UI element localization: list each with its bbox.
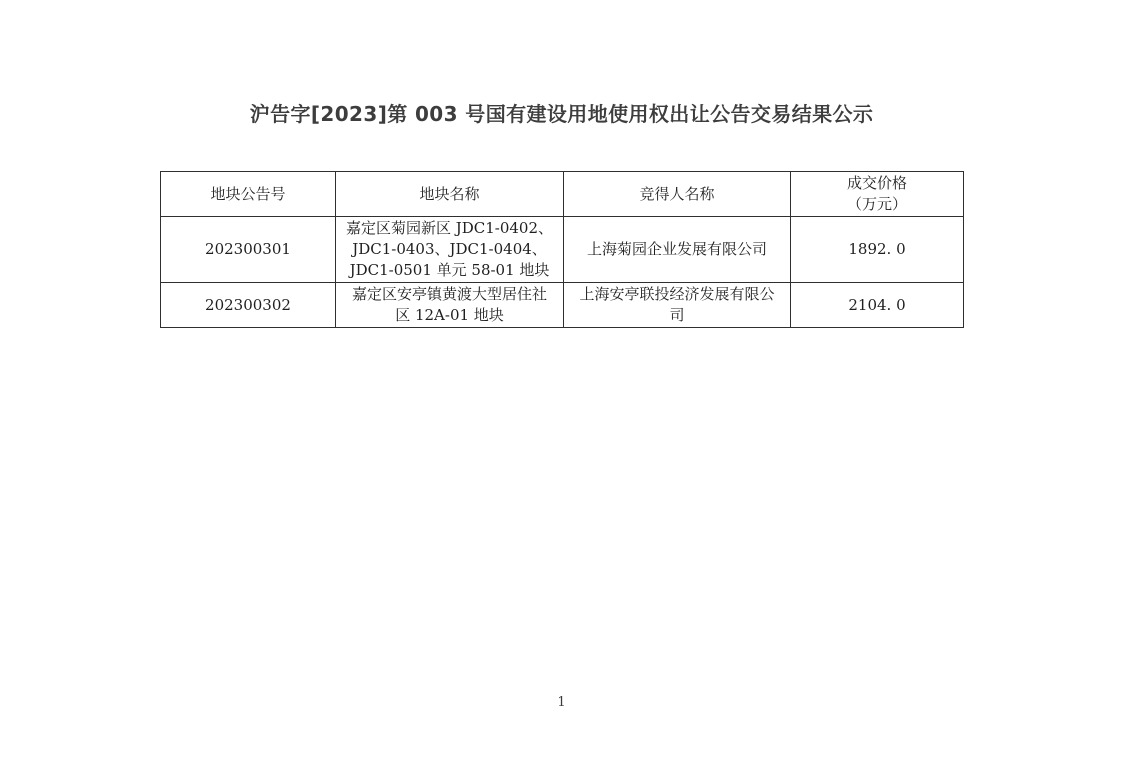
header-price: 成交价格 （万元） [791,172,964,217]
cell-winner-name: 上海菊园企业发展有限公司 [564,217,791,283]
cell-winner-name: 上海安亭联投经济发展有限公 司 [564,283,791,328]
table-header-row: 地块公告号 地块名称 竞得人名称 成交价格 （万元） [161,172,964,217]
cell-announcement-no: 202300301 [161,217,336,283]
table-row: 202300301 嘉定区菊园新区 JDC1-0402、 JDC1-0403、J… [161,217,964,283]
header-winner-name: 竞得人名称 [564,172,791,217]
results-table: 地块公告号 地块名称 竞得人名称 成交价格 （万元） 202300301 嘉定区… [160,171,964,328]
cell-announcement-no: 202300302 [161,283,336,328]
cell-price: 1892. 0 [791,217,964,283]
cell-parcel-name: 嘉定区安亭镇黄渡大型居住社 区 12A-01 地块 [336,283,564,328]
header-parcel-name: 地块名称 [336,172,564,217]
cell-price: 2104. 0 [791,283,964,328]
cell-parcel-name: 嘉定区菊园新区 JDC1-0402、 JDC1-0403、JDC1-0404、 … [336,217,564,283]
table-row: 202300302 嘉定区安亭镇黄渡大型居住社 区 12A-01 地块 上海安亭… [161,283,964,328]
header-announcement-no: 地块公告号 [161,172,336,217]
page-title: 沪告字[2023]第 003 号国有建设用地使用权出让公告交易结果公示 [0,102,1123,126]
page-number: 1 [0,695,1123,710]
